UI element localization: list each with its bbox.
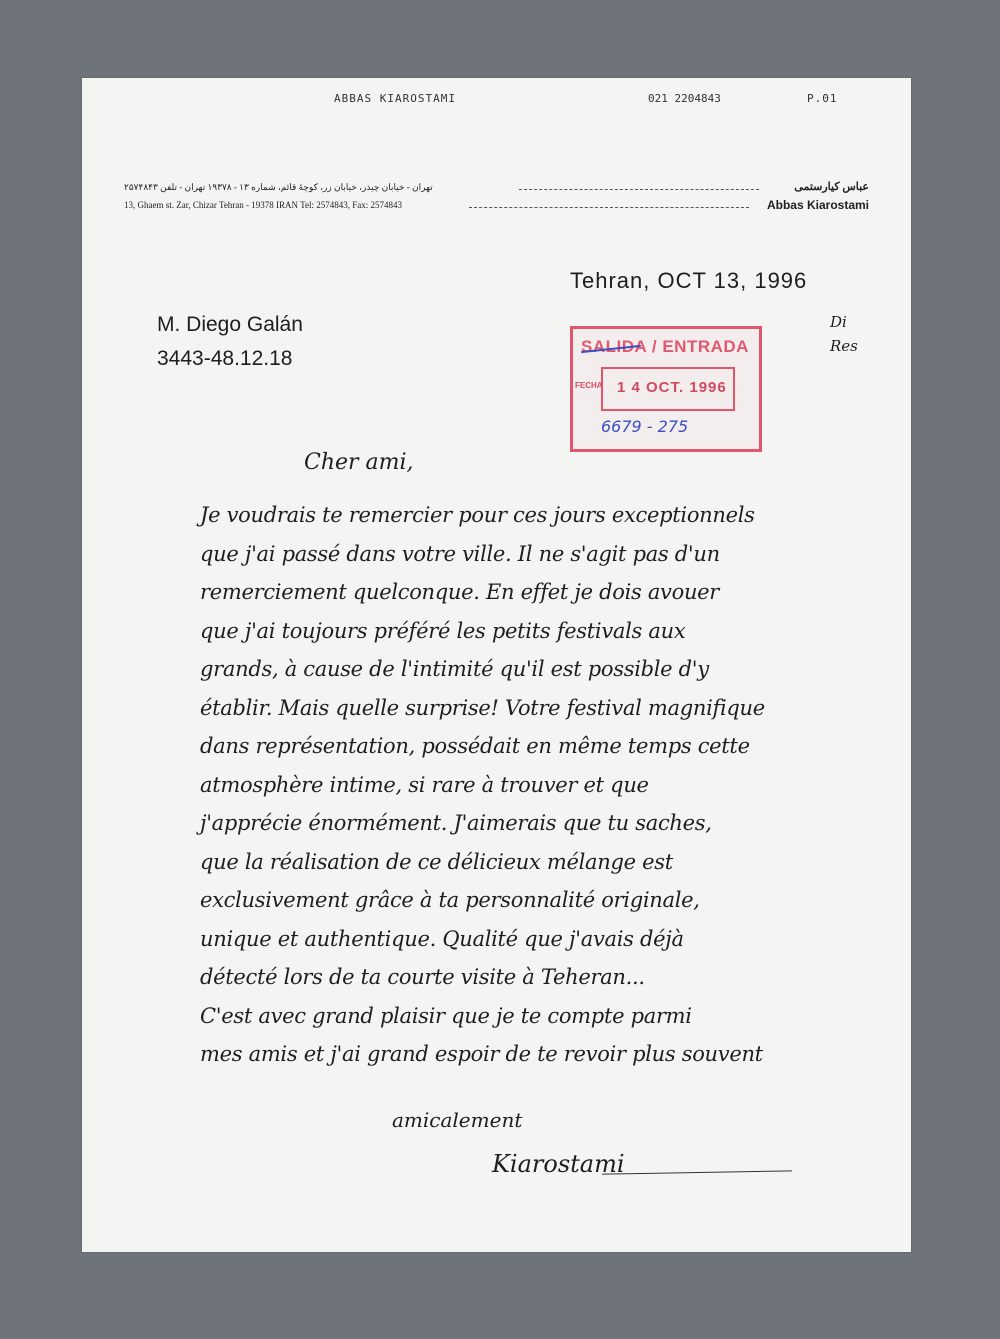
stamp-date-box: 1 4 OCT. 1996 — [601, 367, 735, 411]
body-line: détecté lors de ta courte visite à Teher… — [200, 958, 900, 997]
address-english: 13, Ghaem st. Zar, Chizar Tehran - 19378… — [124, 200, 402, 210]
stamp-reference-number: 6679 - 275 — [601, 417, 688, 436]
fax-header: ABBAS KIAROSTAMI 021 2204843 P.01 — [82, 92, 911, 112]
fax-sender: ABBAS KIAROSTAMI — [334, 92, 456, 105]
fax-phone-number: 021 2204843 — [648, 92, 721, 105]
body-line: établir. Mais quelle surprise! Votre fes… — [200, 689, 900, 728]
recipient-name: M. Diego Galán — [157, 308, 303, 342]
letterhead-persian-row: تهران - خیابان چیذر، خیابان زر، کوچهٔ قا… — [124, 178, 869, 196]
body-line: exclusivement grâce à ta personnalité or… — [200, 881, 900, 920]
body-line: C'est avec grand plaisir que je te compt… — [200, 997, 900, 1036]
letter-body: Je voudrais te remercier pour ces jours … — [200, 496, 900, 1074]
closing: amicalement — [392, 1108, 522, 1132]
letterhead: تهران - خیابان چیذر، خیابان زر، کوچهٔ قا… — [124, 178, 869, 214]
body-line: unique et authentique. Qualité que j'ava… — [200, 920, 900, 959]
annotation-line: Di — [830, 310, 858, 334]
fax-page-number: P.01 — [807, 92, 838, 105]
stamp-title: SALIDA / ENTRADA — [581, 337, 749, 357]
address-persian: تهران - خیابان چیذر، خیابان زر، کوچهٔ قا… — [124, 182, 433, 193]
body-line: que j'ai passé dans votre ville. Il ne s… — [200, 535, 900, 574]
body-line: grands, à cause de l'intimité qu'il est … — [200, 650, 900, 689]
letter-page: ABBAS KIAROSTAMI 021 2204843 P.01 تهران … — [82, 78, 911, 1252]
body-line: j'apprécie énormément. J'aimerais que tu… — [200, 804, 900, 843]
body-line: mes amis et j'ai grand espoir de te revo… — [200, 1035, 900, 1074]
body-line: dans représentation, possédait en même t… — [200, 727, 900, 766]
stamp-fecha-label: FECHA — [575, 381, 603, 390]
margin-annotation: Di Res — [830, 310, 858, 358]
letterhead-rule — [469, 207, 749, 208]
date-line: Tehran, OCT 13, 1996 — [570, 268, 807, 294]
stamp-title-entrada: / ENTRADA — [652, 337, 749, 356]
stamp-date: 1 4 OCT. 1996 — [617, 379, 727, 396]
registry-stamp: SALIDA / ENTRADA FECHA 1 4 OCT. 1996 667… — [570, 326, 762, 452]
body-line: atmosphère intime, si rare à trouver et … — [200, 766, 900, 805]
annotation-line: Res — [830, 334, 858, 358]
signature-flourish — [602, 1170, 792, 1174]
name-persian: عباس کیارستمی — [794, 180, 869, 193]
body-line: Je voudrais te remercier pour ces jours … — [200, 496, 900, 535]
salutation: Cher ami, — [304, 450, 414, 475]
recipient-number: 3443-48.12.18 — [157, 342, 303, 376]
letterhead-rule — [519, 189, 759, 190]
letterhead-english-row: 13, Ghaem st. Zar, Chizar Tehran - 19378… — [124, 196, 869, 214]
body-line: remerciement quelconque. En effet je doi… — [200, 573, 900, 612]
recipient-block: M. Diego Galán 3443-48.12.18 — [157, 308, 303, 376]
name-english: Abbas Kiarostami — [767, 198, 869, 212]
body-line: que la réalisation de ce délicieux mélan… — [200, 843, 900, 882]
body-line: que j'ai toujours préféré les petits fes… — [200, 612, 900, 651]
